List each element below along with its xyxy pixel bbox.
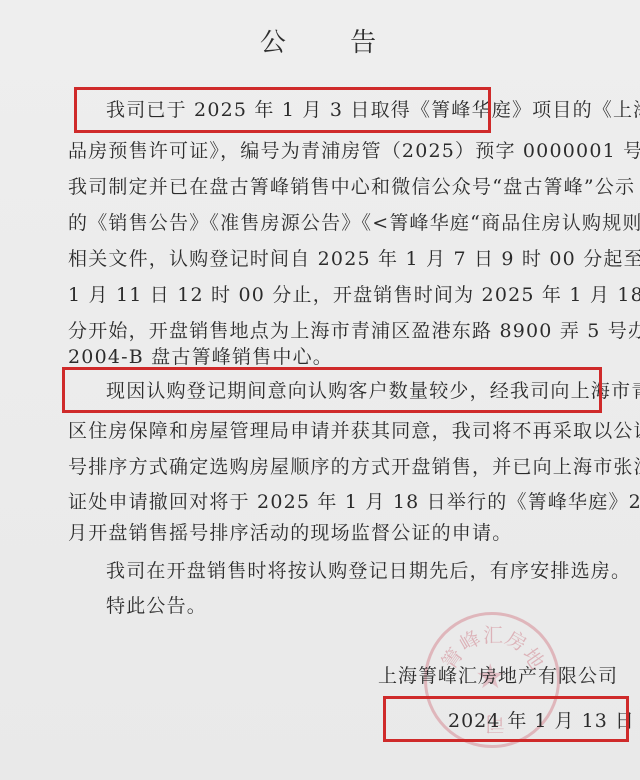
paragraph-1-line-7: 分开始，开盘销售地点为上海市青浦区盈港东路 8900 弄 5 号办公楼 bbox=[68, 318, 640, 344]
paragraph-3: 我司在开盘销售时将按认购登记日期先后，有序安排选房。 bbox=[106, 558, 631, 584]
paragraph-1-line-5: 相关文件，认购登记时间自 2025 年 1 月 7 日 9 时 00 分起至 2… bbox=[68, 246, 640, 272]
issuing-company: 上海箐峰汇房地产有限公司 bbox=[378, 661, 618, 688]
paragraph-1-line-3: 我司制定并已在盘古箐峰销售中心和微信公众号“盘古箐峰”公示 bbox=[68, 174, 635, 200]
notice-date: 2024 年 1 月 13 日 bbox=[448, 706, 635, 733]
announcement-document: 公 告 我司已于 2025 年 1 月 3 日取得《箐峰华庭》项目的《上海市商 … bbox=[0, 0, 640, 780]
paragraph-2-line-3: 号排序方式确定选购房屋顺序的方式开盘销售，并已向上海市张江公 bbox=[68, 454, 640, 480]
closing-line: 特此公告。 bbox=[106, 593, 207, 619]
paragraph-1-line-1: 我司已于 2025 年 1 月 3 日取得《箐峰华庭》项目的《上海市商 bbox=[106, 97, 640, 123]
paragraph-2-line-4: 证处申请撤回对将于 2025 年 1 月 18 日举行的《箐峰华庭》2025 年… bbox=[68, 489, 640, 515]
document-title: 公 告 bbox=[0, 22, 640, 59]
paragraph-1-line-8: 2004-B 盘古箐峰销售中心。 bbox=[68, 344, 333, 370]
paragraph-2-line-2: 区住房保障和房屋管理局申请并获其同意，我司将不再采取以公证摇 bbox=[68, 418, 640, 444]
paragraph-1-line-2: 品房预售许可证》，编号为青浦房管（2025）预字 0000001 号。根据 bbox=[68, 138, 640, 164]
paragraph-1-line-6: 1 月 11 日 12 时 00 分止，开盘销售时间为 2025 年 1 月 1… bbox=[68, 282, 640, 308]
paragraph-2-line-1: 现因认购登记期间意向认购客户数量较少，经我司向上海市青浦 bbox=[106, 378, 640, 404]
paragraph-1-line-4: 的《销售公告》《准售房源公告》《<箐峰华庭“商品住房认购规则》等 bbox=[68, 210, 640, 236]
paragraph-2-line-5: 月开盘销售摇号排序活动的现场监督公证的申请。 bbox=[68, 520, 512, 546]
